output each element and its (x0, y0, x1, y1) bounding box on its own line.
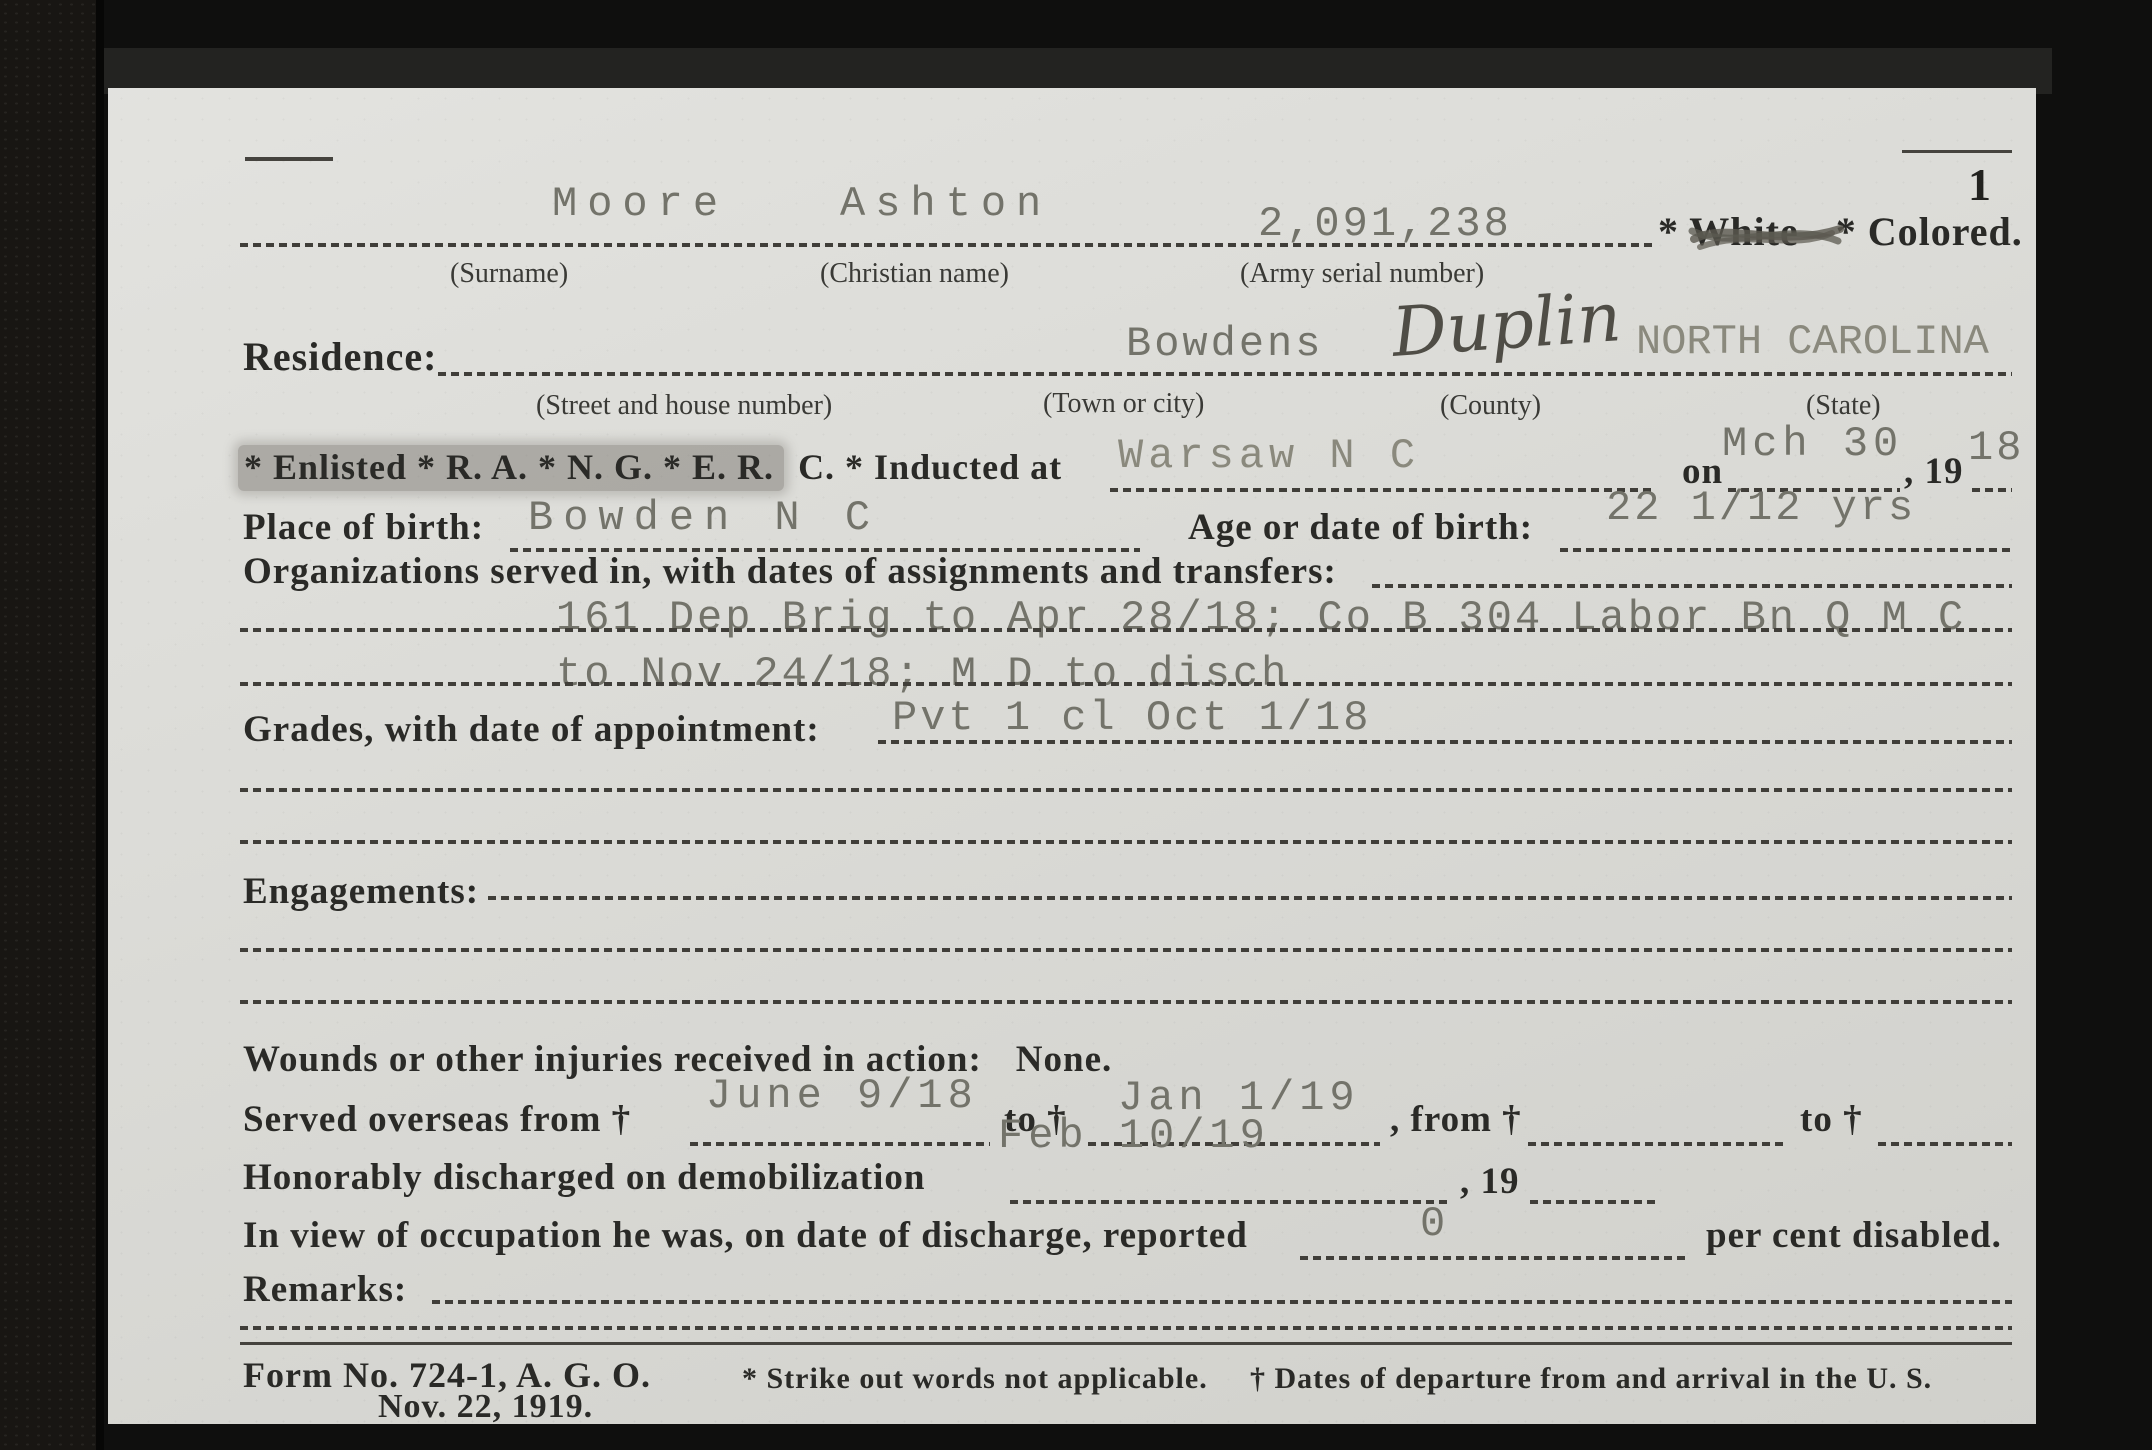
form-date: Nov. 22, 1919. (378, 1388, 593, 1426)
birth-place-label: Place of birth: (243, 506, 484, 549)
overseas-from1-dots (690, 1142, 990, 1146)
christian-name-caption: (Christian name) (820, 258, 1009, 290)
scanned-service-record: 1 Moore Ashton 2,091,238 * White * Color… (0, 0, 2152, 1450)
enlistment-struck-options: * Enlisted * R. A. * N. G. * E. R. (238, 445, 784, 491)
christian-name-value: Ashton (840, 180, 1051, 228)
organizations-line2-value: to Nov 24/18; M D to disch (556, 650, 1289, 698)
inducted-year-dots (1972, 488, 2012, 492)
race-white-text: * White (1658, 209, 1799, 254)
engagements-dots (488, 896, 2012, 900)
serial-number-caption: (Army serial number) (1240, 258, 1484, 290)
top-left-tick (245, 157, 333, 161)
name-line-dots (240, 243, 1652, 247)
blank-line-dots-4 (240, 1000, 2012, 1004)
town-caption: (Town or city) (1043, 388, 1204, 420)
race-selection: * White * Colored. (1658, 208, 2023, 255)
page-number-line (1902, 150, 2012, 153)
overseas-from1-label: Served overseas from † (243, 1098, 631, 1141)
organizations-line1-value: 161 Dep Brig to Apr 28/18; Co B 304 Labo… (556, 594, 1966, 642)
dates-note: † Dates of departure from and arrival in… (1250, 1362, 1932, 1396)
disability-suffix: per cent disabled. (1706, 1214, 2002, 1257)
county-caption: (County) (1440, 390, 1541, 422)
age-dots (1560, 548, 2012, 552)
overseas-to2-label: to † (1800, 1098, 1863, 1141)
birth-place-value: Bowden N C (528, 494, 880, 542)
inducted-year-value: 18 (1968, 424, 2024, 472)
organizations-line2-dots (240, 682, 2012, 686)
age-label: Age or date of birth: (1188, 506, 1533, 549)
remarks-dots (432, 1300, 2012, 1304)
grades-label: Grades, with date of appointment: (243, 708, 820, 751)
wounds-value: None. (1016, 1039, 1112, 1080)
residence-label: Residence: (243, 333, 437, 380)
race-colored-label: * Colored. (1836, 209, 2023, 254)
age-value: 22 1/12 yrs (1606, 484, 1916, 532)
inducted-date-value: Mch 30 (1722, 420, 1903, 468)
grades-dots (878, 740, 2012, 744)
page-number: 1 (1968, 158, 1991, 211)
discharge-year-prefix: , 19 (1460, 1160, 1520, 1203)
surname-caption: (Surname) (450, 258, 568, 290)
enlistment-type-line: * Enlisted * R. A. * N. G. * E. R. C. * … (238, 446, 1062, 488)
state-caption: (State) (1806, 390, 1881, 422)
engagements-label: Engagements: (243, 870, 479, 913)
overseas-to2-dots (1878, 1142, 2012, 1146)
disability-dots (1300, 1256, 1686, 1260)
overseas-from1-value: June 9/18 (706, 1072, 978, 1120)
strike-out-note: * Strike out words not applicable. (742, 1362, 1208, 1396)
residence-state-value: NORTH CAROLINA (1636, 318, 1989, 366)
blank-line-dots-1 (240, 788, 2012, 792)
discharge-dots (1010, 1200, 1450, 1204)
footer-solid-rule (240, 1342, 2012, 1345)
disability-value: 0 (1420, 1200, 1448, 1248)
footer-dotted-rule (240, 1326, 2012, 1330)
disability-label: In view of occupation he was, on date of… (243, 1214, 1248, 1257)
blank-line-dots-2 (240, 840, 2012, 844)
discharge-year-dots (1530, 1200, 1660, 1204)
residence-line-dots (438, 372, 2012, 376)
organizations-line1-dots (240, 628, 2012, 632)
overseas-from2-label: , from † (1390, 1098, 1522, 1141)
discharge-label: Honorably discharged on demobilization (243, 1156, 925, 1199)
race-white-label: * White (1658, 209, 1810, 254)
surname-value: Moore (552, 180, 728, 228)
inducted-place-value: Warsaw N C (1118, 432, 1420, 480)
grades-value: Pvt 1 cl Oct 1/18 (892, 694, 1371, 742)
book-binding-edge (0, 0, 104, 1450)
discharge-date-value: Feb 10/19 (998, 1112, 1270, 1160)
residence-county-value-handwritten: Duplin (1390, 278, 1624, 373)
serial-number-value: 2,091,238 (1258, 200, 1512, 248)
wounds-line: Wounds or other injuries received in act… (243, 1038, 1112, 1081)
organizations-label: Organizations served in, with dates of a… (243, 550, 1337, 593)
organizations-label-dots (1372, 584, 2012, 588)
inducted-at-label: C. * Inducted at (798, 447, 1062, 487)
inducted-place-dots (1110, 488, 1655, 492)
remarks-label: Remarks: (243, 1268, 407, 1311)
overseas-from2-dots (1528, 1142, 1786, 1146)
street-caption: (Street and house number) (536, 390, 832, 422)
blank-line-dots-3 (240, 948, 2012, 952)
residence-town-value: Bowdens (1126, 320, 1323, 368)
